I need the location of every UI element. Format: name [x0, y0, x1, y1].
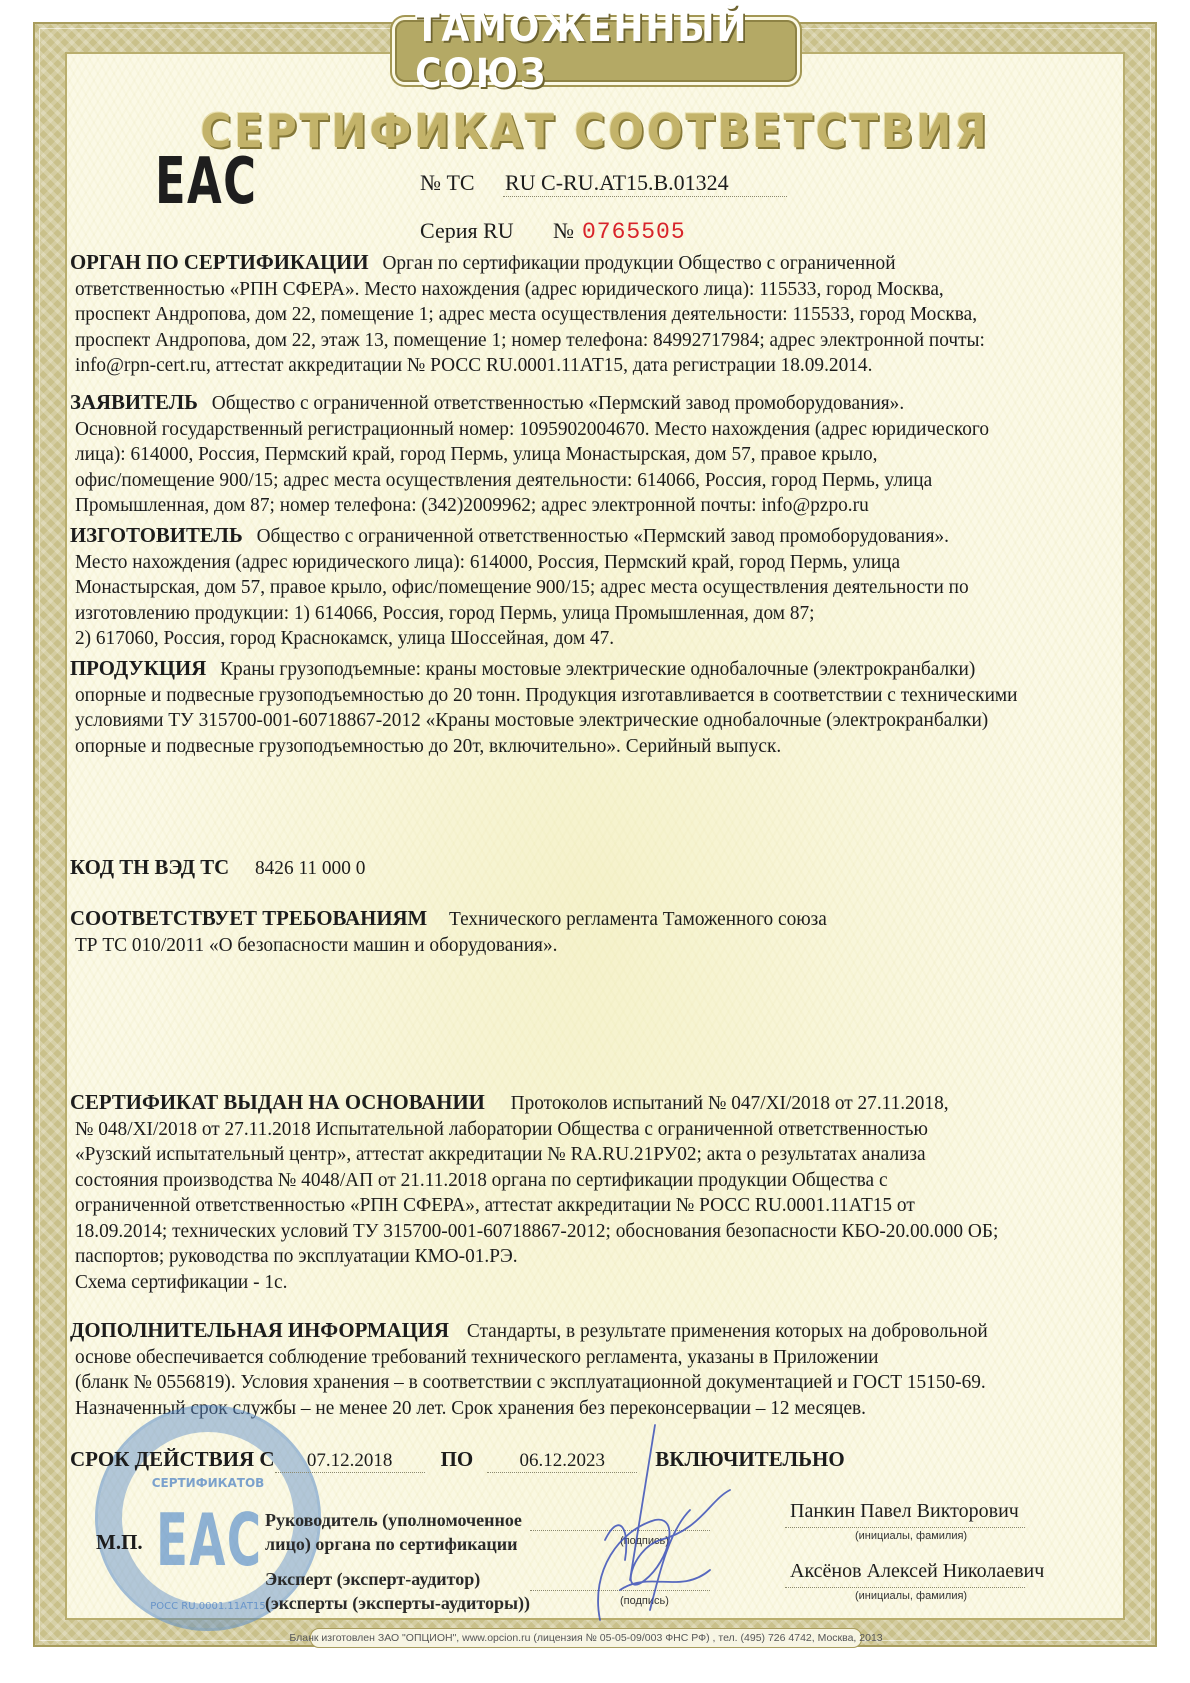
section-line: основе обеспечивается соблюдение требова…: [70, 1345, 1120, 1371]
expert-name-hint: (инициалы, фамилия): [855, 1590, 967, 1602]
section-line: «Рузский испытательный центр», аттестат …: [70, 1142, 1120, 1168]
section-line: паспортов; руководства по эксплуатации К…: [70, 1244, 1120, 1270]
certificate-number-label: № ТС: [420, 170, 503, 196]
section-line: Общество с ограниченной ответственностью…: [212, 393, 904, 414]
eac-logo-icon: ЕАС: [155, 145, 257, 219]
certificate-number-row: № ТС RU C-RU.AT15.B.01324: [420, 170, 787, 197]
footer-imprint: Бланк изготовлен ЗАО "ОПЦИОН", www.opcio…: [310, 1628, 862, 1648]
section-certification-body: ОРГАН ПО СЕРТИФИКАЦИИОрган по сертификац…: [70, 250, 1130, 379]
union-title: ТАМОЖЕННЫЙ СОЮЗ: [415, 5, 777, 97]
head-role: Руководитель (уполномоченное лицо) орган…: [265, 1508, 522, 1556]
signature-scribble-icon: [560, 1420, 760, 1640]
section-line: Орган по сертификации продукции Общество…: [382, 253, 895, 274]
head-name-line: [785, 1527, 1025, 1528]
section-line: Стандарты, в результате применения котор…: [467, 1321, 988, 1342]
valid-from-date: 07.12.2018: [275, 1450, 425, 1473]
expert-name: Аксёнов Алексей Николаевич: [790, 1560, 1044, 1583]
section-line: № 048/XI/2018 от 27.11.2018 Испытательно…: [70, 1117, 1120, 1143]
section-head: ИЗГОТОВИТЕЛЬ: [70, 523, 243, 547]
section-line: (бланк № 0556819). Условия хранения – в …: [70, 1370, 1120, 1396]
section-head: СООТВЕТСТВУЕТ ТРЕБОВАНИЯМ: [70, 906, 427, 930]
section-line: 2) 617060, Россия, город Краснокамск, ул…: [70, 626, 1120, 652]
section-basis: СЕРТИФИКАТ ВЫДАН НА ОСНОВАНИИПротоколов …: [70, 1090, 1130, 1295]
certificate-title-text: СЕРТИФИКАТ СООТВЕТСТВИЯ: [200, 104, 989, 158]
hs-code-value: 8426 11 000 0: [255, 858, 365, 879]
series-row: Серия RU № 0765505: [420, 218, 686, 245]
head-role-line: лицо) органа по сертификации: [265, 1532, 522, 1556]
head-name-hint: (инициалы, фамилия): [855, 1530, 967, 1542]
section-line: Место нахождения (адрес юридического лиц…: [70, 550, 1120, 576]
section-head: ЗАЯВИТЕЛЬ: [70, 390, 198, 414]
section-line: проспект Андропова, дом 22, помещение 1;…: [70, 302, 1120, 328]
section-line: условиями ТУ 315700-001-60718867-2012 «К…: [70, 708, 1120, 734]
section-line: изготовлению продукции: 1) 614066, Росси…: [70, 601, 1120, 627]
section-applicant: ЗАЯВИТЕЛЬОбщество с ограниченной ответст…: [70, 390, 1130, 519]
section-hs-code: КОД ТН ВЭД ТС8426 11 000 0: [70, 855, 1130, 882]
union-plate: ТАМОЖЕННЫЙ СОЮЗ: [395, 20, 797, 82]
stamp-eac-icon: ЕАС: [156, 1498, 262, 1582]
blank-number-label: №: [553, 218, 574, 244]
section-line: Промышленная, дом 87; номер телефона: (3…: [70, 493, 1120, 519]
stamp-top-text: СЕРТИФИКАТОВ: [98, 1476, 318, 1490]
head-role-line: Руководитель (уполномоченное: [265, 1508, 522, 1532]
head-name: Панкин Павел Викторович: [790, 1500, 1019, 1523]
blank-number: 0765505: [582, 219, 686, 245]
section-line: Монастырская, дом 57, правое крыло, офис…: [70, 575, 1120, 601]
certificate-number: RU C-RU.AT15.B.01324: [503, 170, 787, 197]
section-line: Краны грузоподъемные: краны мостовые эле…: [220, 659, 975, 680]
section-head: ПРОДУКЦИЯ: [70, 656, 206, 680]
section-line: проспект Андропова, дом 22, этаж 13, пом…: [70, 328, 1120, 354]
section-line: ограниченной ответственностью «РПН СФЕРА…: [70, 1193, 1120, 1219]
section-line: состояния производства № 4048/АП от 21.1…: [70, 1168, 1120, 1194]
section-head: СЕРТИФИКАТ ВЫДАН НА ОСНОВАНИИ: [70, 1090, 485, 1114]
section-line: Протоколов испытаний № 047/XI/2018 от 27…: [511, 1093, 949, 1114]
section-head: КОД ТН ВЭД ТС: [70, 855, 229, 879]
section-line: Схема сертификации - 1с.: [70, 1270, 1120, 1296]
section-line: ответственностью «РПН СФЕРА». Место нахо…: [70, 277, 1120, 303]
expert-role: Эксперт (эксперт-аудитор) (эксперты (экс…: [265, 1567, 530, 1615]
section-conforms: СООТВЕТСТВУЕТ ТРЕБОВАНИЯМТехнического ре…: [70, 906, 1130, 958]
section-line: Технического регламента Таможенного союз…: [449, 909, 827, 930]
section-additional-info: ДОПОЛНИТЕЛЬНАЯ ИНФОРМАЦИЯСтандарты, в ре…: [70, 1318, 1130, 1421]
section-line: опорные и подвесные грузоподъемностью до…: [70, 683, 1120, 709]
section-line: офис/помещение 900/15; адрес места осуще…: [70, 468, 1120, 494]
section-line: ТР ТС 010/2011 «О безопасности машин и о…: [70, 933, 1120, 959]
expert-role-line: (эксперты (эксперты-аудиторы)): [265, 1591, 530, 1615]
section-product: ПРОДУКЦИЯКраны грузоподъемные: краны мос…: [70, 656, 1130, 759]
expert-role-line: Эксперт (эксперт-аудитор): [265, 1567, 530, 1591]
section-line: опорные и подвесные грузоподъемностью до…: [70, 734, 1120, 760]
section-line: 18.09.2014; технических условий ТУ 31570…: [70, 1219, 1120, 1245]
section-line: Общество с ограниченной ответственностью…: [257, 526, 949, 547]
valid-to-label: ПО: [441, 1447, 474, 1472]
expert-name-line: [785, 1587, 1025, 1588]
validity-label: СРОК ДЕЙСТВИЯ С: [70, 1447, 275, 1472]
section-head: ДОПОЛНИТЕЛЬНАЯ ИНФОРМАЦИЯ: [70, 1318, 449, 1342]
section-head: ОРГАН ПО СЕРТИФИКАЦИИ: [70, 250, 369, 274]
section-line: Основной государственный регистрационный…: [70, 417, 1120, 443]
seal-label: М.П.: [96, 1530, 143, 1555]
section-line: info@rpn-cert.ru, аттестат аккредитации …: [70, 353, 1120, 379]
section-line: лица): 614000, Россия, Пермский край, го…: [70, 442, 1120, 468]
series-label: Серия RU: [420, 218, 553, 244]
section-manufacturer: ИЗГОТОВИТЕЛЬОбщество с ограниченной отве…: [70, 523, 1130, 652]
